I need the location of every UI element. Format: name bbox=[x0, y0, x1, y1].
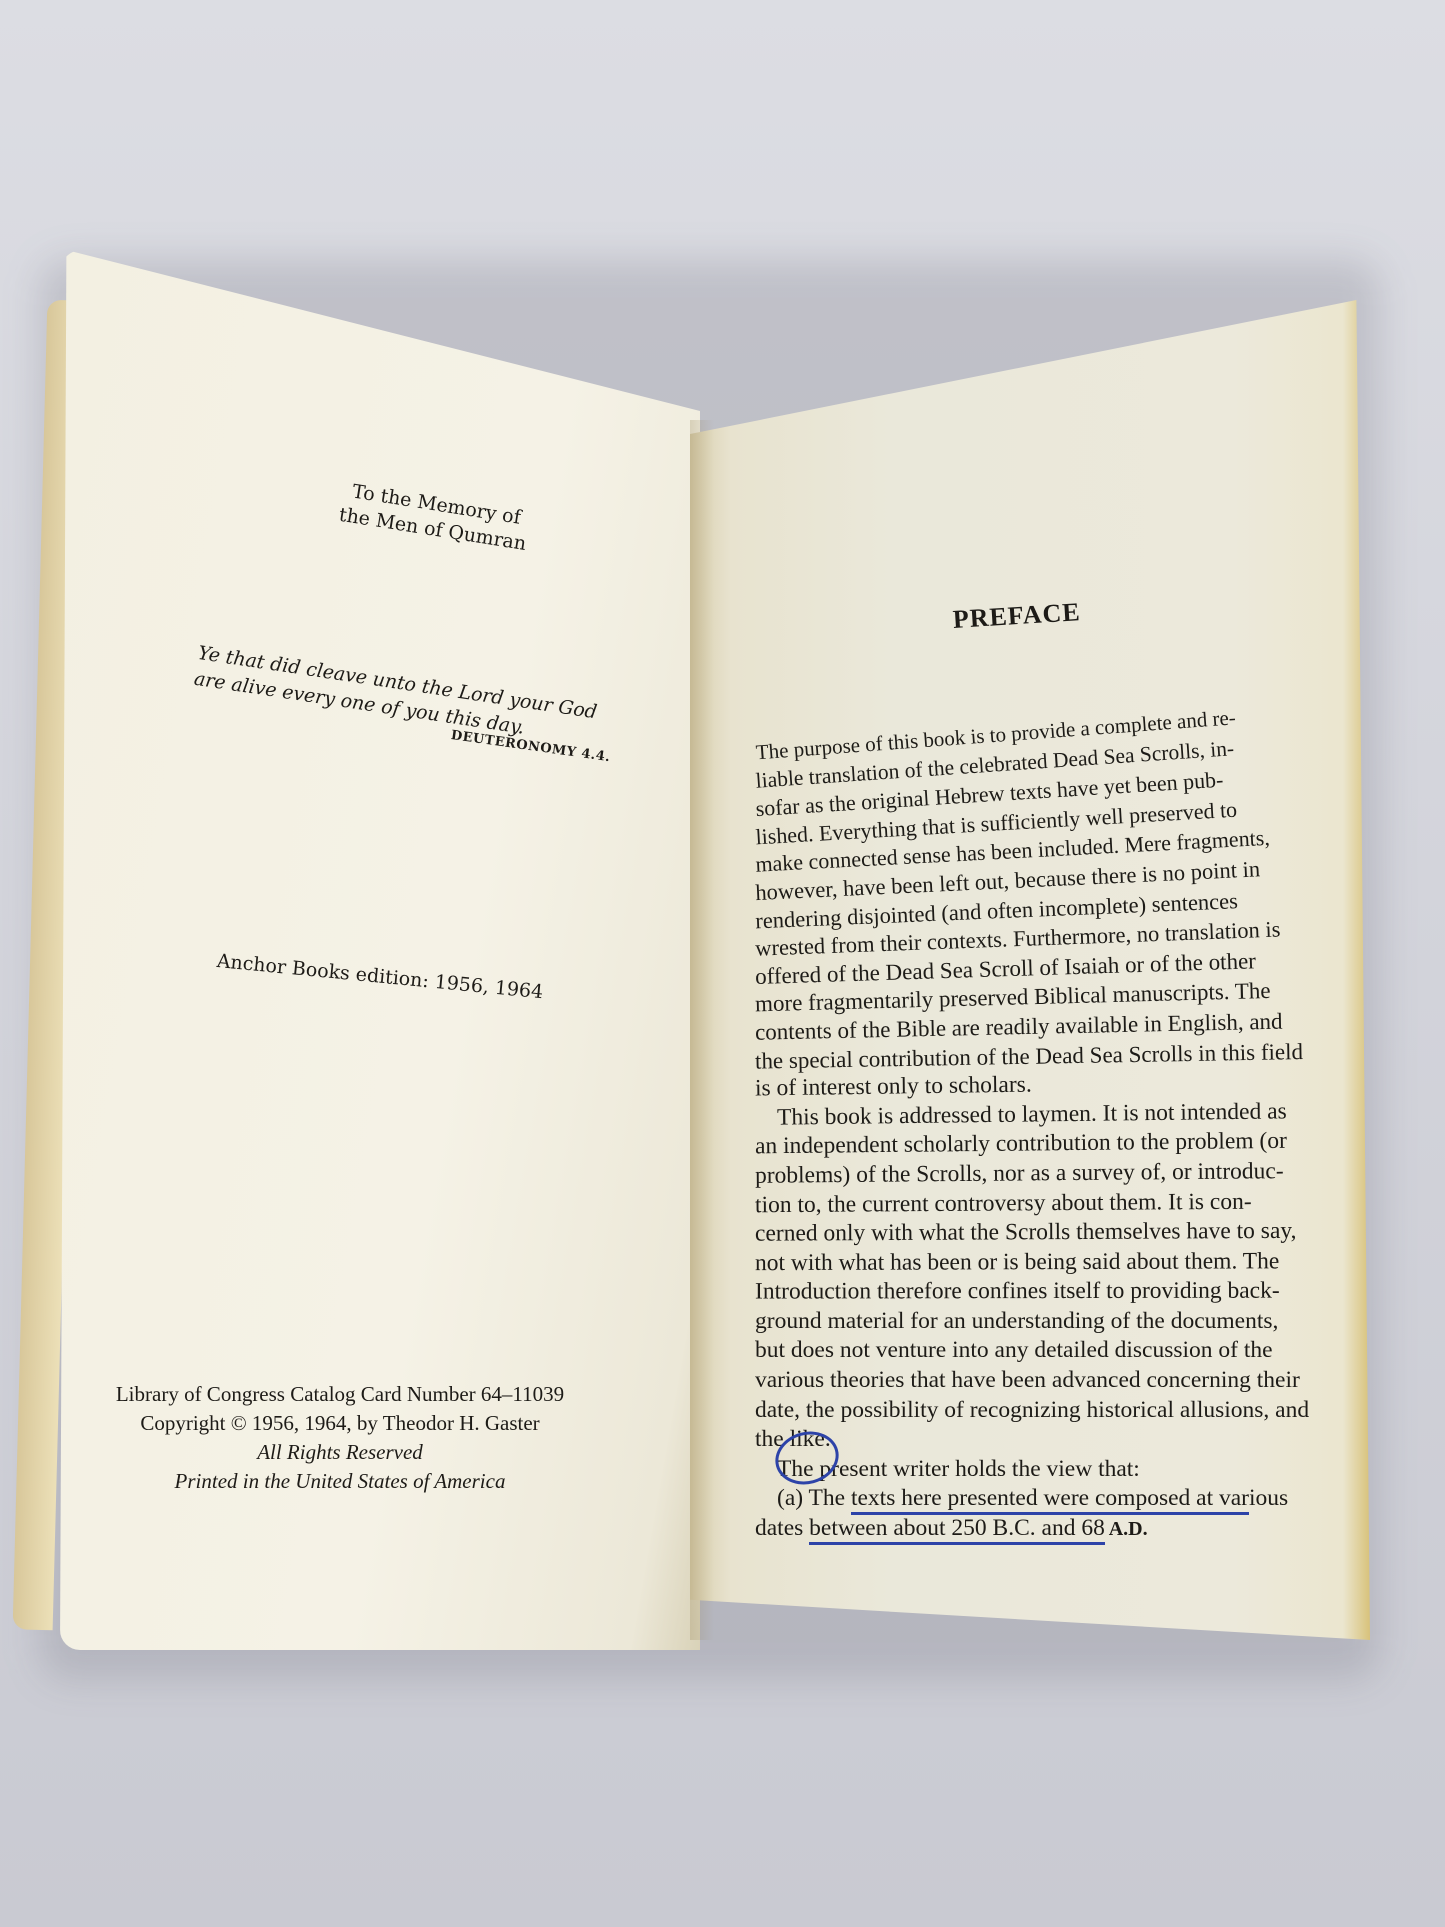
text-span: The bbox=[809, 1485, 851, 1511]
imprint-line: Library of Congress Catalog Card Number … bbox=[50, 1380, 630, 1409]
copyright-imprint: Library of Congress Catalog Card Number … bbox=[50, 1380, 630, 1496]
list-marker: (a) bbox=[777, 1485, 803, 1511]
text-line: problems) of the Scrolls, nor as a surve… bbox=[755, 1156, 1395, 1191]
preface-body: The purpose of this book is to provide a… bbox=[755, 715, 1395, 1545]
text-line: not with what has been or is being said … bbox=[755, 1247, 1395, 1279]
paragraph-2: This book is addressed to laymen. It is … bbox=[755, 1100, 1395, 1455]
text-line: date, the possibility of recognizing his… bbox=[755, 1396, 1395, 1426]
text-span: ious bbox=[1249, 1485, 1288, 1511]
imprint-line: Copyright © 1956, 1964, by Theodor H. Ga… bbox=[50, 1409, 630, 1438]
paragraph-3: The present writer holds the view that: … bbox=[755, 1455, 1395, 1545]
text-line: (a) The texts here presented were compos… bbox=[755, 1484, 1395, 1514]
paragraph-1: The purpose of this book is to provide a… bbox=[755, 715, 1395, 1100]
text-line: but does not venture into any detailed d… bbox=[755, 1336, 1395, 1366]
text-line: various theories that have been advanced… bbox=[755, 1366, 1395, 1396]
text-line: Introduction therefore confines itself t… bbox=[755, 1277, 1395, 1308]
text-line: cerned only with what the Scrolls themse… bbox=[755, 1216, 1395, 1249]
text-line: tion to, the current controversy about t… bbox=[755, 1186, 1395, 1220]
text-line: The present writer holds the view that: bbox=[755, 1455, 1395, 1485]
text-line: ground material for an understanding of … bbox=[755, 1307, 1395, 1337]
book-gutter bbox=[690, 420, 714, 1640]
era-label: A.D. bbox=[1105, 1518, 1148, 1540]
pen-underline: texts here presented were composed at va… bbox=[851, 1485, 1249, 1515]
imprint-line: All Rights Reserved bbox=[50, 1438, 630, 1467]
text-line: the like. bbox=[755, 1425, 1395, 1455]
pen-underline: between about 250 B.C. and 68 bbox=[809, 1515, 1105, 1545]
imprint-line: Printed in the United States of America bbox=[50, 1467, 630, 1496]
text-line: dates between about 250 B.C. and 68 A.D. bbox=[755, 1514, 1395, 1545]
text-span: dates bbox=[755, 1515, 809, 1541]
